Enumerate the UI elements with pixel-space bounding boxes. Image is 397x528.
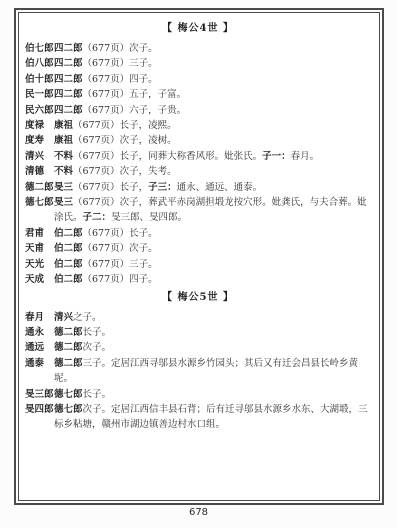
person-name: 旻三郎: [25, 387, 54, 402]
person-name: 天光: [25, 257, 54, 272]
person-name: 通泰: [25, 356, 54, 387]
description-text-segment: （677页）三子。: [83, 58, 158, 69]
genealogy-row: 春月清兴之子。: [25, 310, 371, 325]
genealogy-row: 旻三郎德七郎长子。: [25, 387, 371, 402]
description-bold-segment: 德二郎: [54, 327, 83, 338]
description-text-segment: 春月。: [291, 151, 320, 162]
description-bold-segment: 四二郎: [54, 58, 83, 69]
description-bold-segment: 伯二郎: [54, 228, 83, 239]
person-name: 通远: [25, 340, 54, 355]
genealogy-row: 清德不料（677页）次子，失考。: [25, 164, 371, 179]
description-text-segment: （677页）长子。: [83, 228, 158, 239]
genealogy-row: 清兴不料（677页）长子，同葬大称香风形。妣张氏。子一：春月。: [25, 149, 371, 164]
description-text-segment: （677页）长子，同葬大称香风形。妣张氏。: [73, 151, 262, 162]
description-bold-segment: 不料: [54, 151, 73, 162]
genealogy-row: 天甫伯二郎（677页）次子。: [25, 241, 371, 256]
person-name: 德二郎: [25, 180, 54, 195]
genealogy-row: 伯八郎四二郎（677页）三子。: [25, 56, 371, 71]
person-description: 德七郎次子。定居江西信丰县石背；后有迁寻邬县水源乡水东、大湖塅，三标乡粘塘，赣州…: [54, 402, 371, 433]
person-description: 伯二郎（677页）长子。: [54, 226, 371, 241]
description-text-segment: 三子。定居江西寻邬县水源乡竹园头；其后又有迁会昌县长岭乡黄坭。: [54, 358, 358, 384]
genealogy-row: 通远德二郎次子。: [25, 340, 371, 355]
page-number: 678: [0, 507, 397, 518]
description-text-segment: （677页）六子，子贵。: [83, 105, 187, 116]
person-name: 德七郎: [25, 195, 54, 226]
person-name: 伯八郎: [25, 56, 54, 71]
person-description: 德二郎次子。: [54, 340, 371, 355]
genealogy-row: 德二郎旻三（677页）长子，子三：通永、通远、通泰。: [25, 180, 371, 195]
description-bold-segment: 四二郎: [54, 89, 83, 100]
person-description: 旻三（677页）长子，子三：通永、通远、通泰。: [54, 180, 371, 195]
genealogy-row: 旻四郎德七郎次子。定居江西信丰县石背；后有迁寻邬县水源乡水东、大湖塅，三标乡粘塘…: [25, 402, 371, 433]
person-description: 德二郎三子。定居江西寻邬县水源乡竹园头；其后又有迁会昌县长岭乡黄坭。: [54, 356, 371, 387]
description-bold-segment: 不料: [54, 166, 73, 177]
genealogy-row: 通永德二郎长子。: [25, 325, 371, 340]
person-name: 度禄: [25, 118, 54, 133]
description-text-segment: （677页）五子，子富。: [83, 89, 187, 100]
genealogy-row: 君甫伯二郎（677页）长子。: [25, 226, 371, 241]
description-text-segment: （677页）长子，: [73, 182, 148, 193]
person-description: 伯二郎（677页）四子。: [54, 272, 371, 287]
person-description: 康祖（677页）次子，凌树。: [54, 133, 371, 148]
generation-section-title: 【 梅公4世 】: [25, 21, 371, 36]
person-description: 不料（677页）次子，失考。: [54, 164, 371, 179]
description-bold-segment: 伯二郎: [54, 243, 83, 254]
description-bold-segment: 四二郎: [54, 43, 83, 54]
description-bold-segment: 旻三: [54, 197, 73, 208]
description-text-segment: 次子。: [83, 342, 112, 353]
description-bold-segment: 旻三: [54, 182, 73, 193]
person-name: 天成: [25, 272, 54, 287]
person-name: 春月: [25, 310, 54, 325]
description-bold-segment: 德七郎: [54, 404, 83, 415]
description-text-segment: 之子。: [73, 312, 102, 323]
generation-section-title: 【 梅公5世 】: [25, 290, 371, 305]
description-text-segment: （677页）次子，凌树。: [73, 135, 177, 146]
page-content: 【 梅公4世 】伯七郎四二郎（677页）次子。伯八郎四二郎（677页）三子。伯十…: [18, 12, 380, 501]
genealogy-row: 度禄康祖（677页）长子，凌熙。: [25, 118, 371, 133]
person-description: 清兴之子。: [54, 310, 371, 325]
person-description: 四二郎（677页）五子，子富。: [54, 87, 371, 102]
genealogy-row: 度寿康祖（677页）次子，凌树。: [25, 133, 371, 148]
description-bold-segment: 子三：: [148, 182, 177, 193]
genealogy-page: 【 梅公4世 】伯七郎四二郎（677页）次子。伯八郎四二郎（677页）三子。伯十…: [0, 0, 397, 528]
description-text-segment: 次子。定居江西信丰县石背；后有迁寻邬县水源乡水东、大湖塅，三标乡粘塘，赣州市湖边…: [54, 404, 368, 430]
person-name: 民一郎: [25, 87, 54, 102]
genealogy-row: 民一郎四二郎（677页）五子，子富。: [25, 87, 371, 102]
description-bold-segment: 子一：: [262, 151, 291, 162]
person-description: 旻三（677页）次子，葬武平赤岗湖担塅龙按穴形。妣龚氏，与夫合葬。妣涂氏。子二：…: [54, 195, 371, 226]
description-text-segment: （677页）次子。: [83, 243, 158, 254]
person-description: 四二郎（677页）四子。: [54, 72, 371, 87]
description-bold-segment: 清兴: [54, 312, 73, 323]
genealogy-row: 伯七郎四二郎（677页）次子。: [25, 41, 371, 56]
description-text-segment: 长子。: [83, 389, 112, 400]
person-name: 伯七郎: [25, 41, 54, 56]
person-description: 康祖（677页）长子，凌熙。: [54, 118, 371, 133]
genealogy-row: 天光伯二郎（677页）三子。: [25, 257, 371, 272]
description-text-segment: （677页）三子。: [83, 259, 158, 270]
person-name: 天甫: [25, 241, 54, 256]
person-description: 四二郎（677页）三子。: [54, 56, 371, 71]
description-bold-segment: 康祖: [54, 135, 73, 146]
genealogy-row: 伯十郎四二郎（677页）四子。: [25, 72, 371, 87]
person-description: 四二郎（677页）次子。: [54, 41, 371, 56]
description-text-segment: （677页）次子。: [83, 43, 158, 54]
person-name: 度寿: [25, 133, 54, 148]
description-bold-segment: 伯二郎: [54, 259, 83, 270]
person-description: 德七郎长子。: [54, 387, 371, 402]
person-name: 清德: [25, 164, 54, 179]
page-border-frame: 【 梅公4世 】伯七郎四二郎（677页）次子。伯八郎四二郎（677页）三子。伯十…: [14, 8, 384, 505]
genealogy-row: 通泰德二郎三子。定居江西寻邬县水源乡竹园头；其后又有迁会昌县长岭乡黄坭。: [25, 356, 371, 387]
description-bold-segment: 子二：: [83, 212, 112, 223]
description-bold-segment: 伯二郎: [54, 274, 83, 285]
person-name: 清兴: [25, 149, 54, 164]
description-text-segment: 通永、通远、通泰。: [177, 182, 263, 193]
description-bold-segment: 德二郎: [54, 342, 83, 353]
genealogy-row: 天成伯二郎（677页）四子。: [25, 272, 371, 287]
description-bold-segment: 康祖: [54, 120, 73, 131]
person-name: 民六郎: [25, 103, 54, 118]
person-name: 君甫: [25, 226, 54, 241]
person-description: 伯二郎（677页）三子。: [54, 257, 371, 272]
person-description: 四二郎（677页）六子，子贵。: [54, 103, 371, 118]
person-description: 不料（677页）长子，同葬大称香风形。妣张氏。子一：春月。: [54, 149, 371, 164]
genealogy-row: 德七郎旻三（677页）次子，葬武平赤岗湖担塅龙按穴形。妣龚氏，与夫合葬。妣涂氏。…: [25, 195, 371, 226]
description-text-segment: 长子。: [83, 327, 112, 338]
description-text-segment: （677页）四子。: [83, 74, 158, 85]
description-text-segment: （677页）四子。: [83, 274, 158, 285]
person-name: 旻四郎: [25, 402, 54, 433]
person-description: 伯二郎（677页）次子。: [54, 241, 371, 256]
genealogy-row: 民六郎四二郎（677页）六子，子贵。: [25, 103, 371, 118]
description-bold-segment: 德七郎: [54, 389, 83, 400]
person-name: 通永: [25, 325, 54, 340]
description-bold-segment: 四二郎: [54, 105, 83, 116]
person-description: 德二郎长子。: [54, 325, 371, 340]
description-text-segment: 旻三郎、旻四郎。: [111, 212, 187, 223]
person-name: 伯十郎: [25, 72, 54, 87]
description-bold-segment: 德二郎: [54, 358, 83, 369]
description-text-segment: （677页）长子，凌熙。: [73, 120, 177, 131]
description-bold-segment: 四二郎: [54, 74, 83, 85]
description-text-segment: （677页）次子，失考。: [73, 166, 177, 177]
